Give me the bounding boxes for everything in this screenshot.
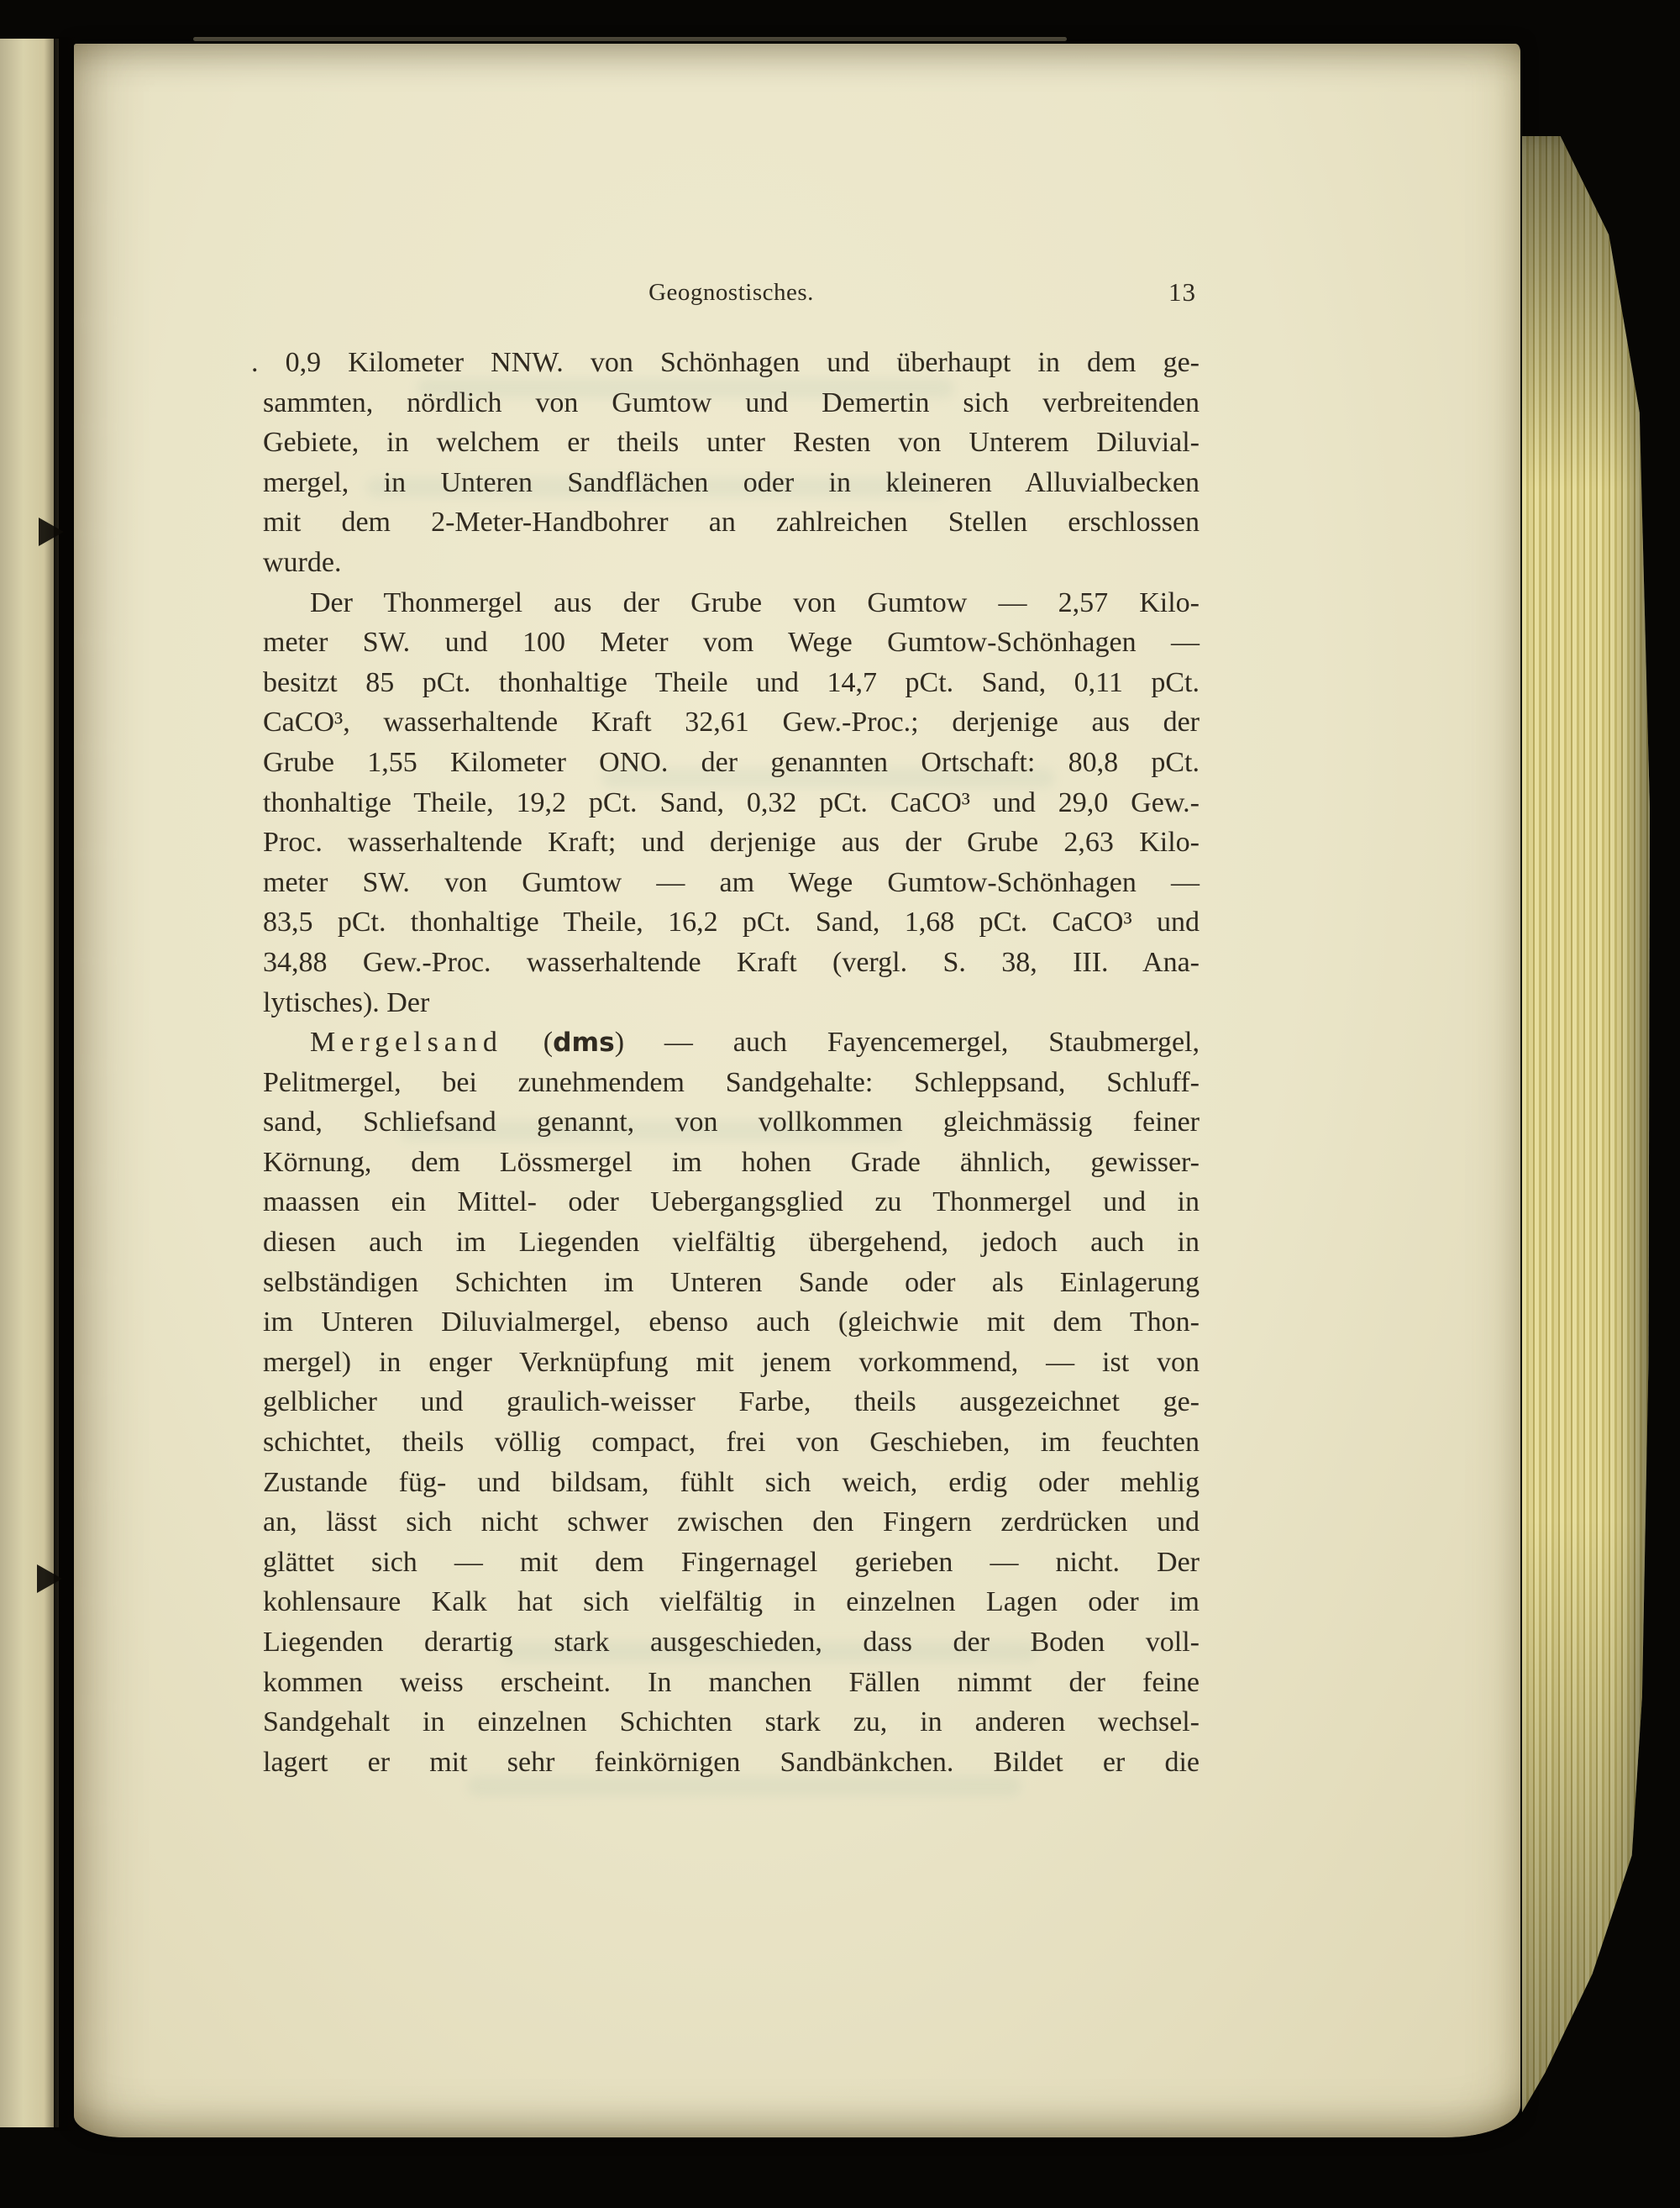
text-line: sammten, nördlich von Gumtow und Demerti… <box>263 383 1200 423</box>
text-line: Pelitmergel, bei zunehmendem Sandgehalte… <box>263 1063 1200 1103</box>
text-line: sand, Schliefsand genannt, von vollkomme… <box>263 1102 1200 1143</box>
fore-edge-shading <box>1522 136 1650 2112</box>
text-line: kommen weiss erscheint. In manchen Fälle… <box>263 1663 1200 1703</box>
text-line: Zustande füg- und bildsam, fühlt sich we… <box>263 1463 1200 1503</box>
text-line: Grube 1,55 Kilometer ONO. der genannten … <box>263 743 1200 783</box>
text-line: maassen ein Mittel- oder Uebergangsglied… <box>263 1182 1200 1222</box>
text-line: Der Thonmergel aus der Grube von Gumtow … <box>263 583 1200 623</box>
text-line: lytisches). Der <box>263 983 1200 1023</box>
page-number: 13 <box>1168 277 1196 308</box>
text-line-mergelsand: Mergelsand (dms) — auch Fayencemergel, S… <box>263 1023 1200 1063</box>
text-line: diesen auch im Liegenden vielfältig über… <box>263 1222 1200 1263</box>
text-line: Sandgehalt in einzelnen Schichten stark … <box>263 1702 1200 1743</box>
text-line: . 0,9 Kilometer NNW. von Schönhagen und … <box>263 343 1200 383</box>
scanned-book-photo: { "colors": { "background": "#070604", "… <box>0 0 1680 2208</box>
page-top-edge-highlight <box>193 37 1067 41</box>
text-line: schichtet, theils völlig compact, frei v… <box>263 1422 1200 1463</box>
text-line: an, lässt sich nicht schwer zwischen den… <box>263 1502 1200 1543</box>
text-line: wurde. <box>263 543 1200 583</box>
separator: ( <box>503 1027 553 1058</box>
text-line: mit dem 2-Meter-Handbohrer an zahlreiche… <box>263 502 1200 543</box>
text-line: Gebiete, in welchem er theils unter Rest… <box>263 423 1200 463</box>
text-line: selbständigen Schichten im Unteren Sande… <box>263 1263 1200 1303</box>
text-line: meter SW. und 100 Meter vom Wege Gumtow-… <box>263 623 1200 663</box>
text-line: lagert er mit sehr feinkörnigen Sandbänk… <box>263 1743 1200 1783</box>
text-line: kohlensaure Kalk hat sich vielfältig in … <box>263 1582 1200 1622</box>
paragraph-1: . 0,9 Kilometer NNW. von Schönhagen und … <box>263 343 1200 583</box>
text-line: im Unteren Diluvialmergel, ebenso auch (… <box>263 1302 1200 1343</box>
text-line: meter SW. von Gumtow — am Wege Gumtow-Sc… <box>263 863 1200 903</box>
paragraph-2: Der Thonmergel aus der Grube von Gumtow … <box>263 583 1200 1023</box>
line-remainder: ) — auch Fayencemergel, Staubmergel, <box>615 1027 1200 1058</box>
adjacent-page-edge <box>0 39 59 2127</box>
map-symbol-dms: dms <box>553 1028 615 1058</box>
text-line: 83,5 pCt. thonhaltige Theile, 16,2 pCt. … <box>263 902 1200 943</box>
text-line: Proc. wasserhaltende Kraft; und derjenig… <box>263 823 1200 863</box>
running-head: Geognostisches. 13 <box>263 279 1200 316</box>
body-text: . 0,9 Kilometer NNW. von Schönhagen und … <box>263 343 1200 1782</box>
text-line: thonhaltige Theile, 19,2 pCt. Sand, 0,32… <box>263 783 1200 823</box>
text-line: besitzt 85 pCt. thonhaltige Theile und 1… <box>263 663 1200 703</box>
spaced-term: Mergelsand <box>310 1027 503 1058</box>
running-title: Geognostisches. <box>263 279 1200 307</box>
text-line: Liegenden derartig stark ausgeschieden, … <box>263 1622 1200 1663</box>
paragraph-3: Mergelsand (dms) — auch Fayencemergel, S… <box>263 1023 1200 1782</box>
text-line: Körnung, dem Lössmergel im hohen Grade ä… <box>263 1143 1200 1183</box>
text-line: glättet sich — mit dem Fingernagel gerie… <box>263 1543 1200 1583</box>
text-line: CaCO³, wasserhaltende Kraft 32,61 Gew.-P… <box>263 702 1200 743</box>
text-line: mergel, in Unteren Sandflächen oder in k… <box>263 463 1200 503</box>
text-line: gelblicher und graulich-weisser Farbe, t… <box>263 1382 1200 1422</box>
text-line: 34,88 Gew.-Proc. wasserhaltende Kraft (v… <box>263 943 1200 983</box>
text-line: mergel) in enger Verknüpfung mit jenem v… <box>263 1343 1200 1383</box>
